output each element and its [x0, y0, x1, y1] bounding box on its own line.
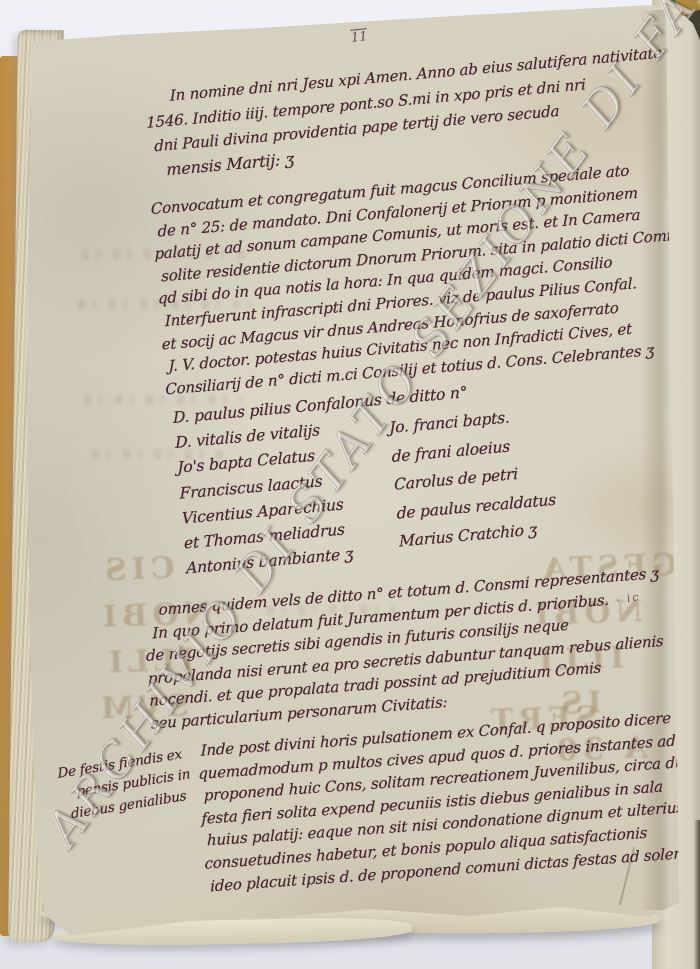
convocation-paragraph: Convocatum et congregatum fuit magcus Co… [150, 156, 689, 401]
background-gap-right [694, 820, 700, 969]
margin-note: De festis fiendis expensis publicis indi… [56, 744, 195, 827]
decision-paragraph: Inde post divini horis pulsationem ex Co… [196, 701, 700, 897]
manuscript-photo: CISNOBIILLISVMGESTANOBIILLIISSERTA 30 11… [0, 0, 700, 969]
bleedthrough-fragment: CIS [99, 551, 175, 589]
attendees-right-column: Jo. franci bapts.de frani aloeiusCarolus… [388, 400, 560, 556]
page-number: 11 [350, 29, 368, 46]
manuscript-page: CISNOBIILLISVMGESTANOBIILLIISSERTA 30 11… [0, 0, 700, 969]
